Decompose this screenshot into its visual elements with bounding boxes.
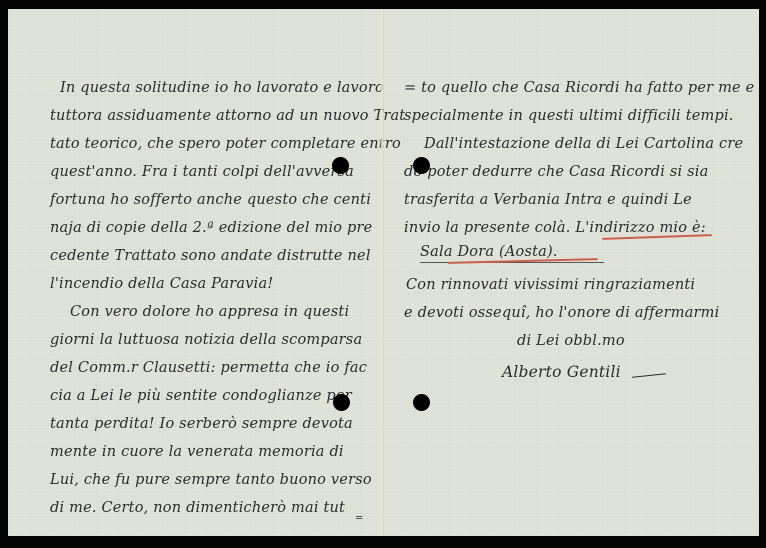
left-line-7: cedente Trattato sono andate distrutte n…: [50, 248, 371, 264]
right-line-1: = to quello che Casa Ricordi ha fatto pe…: [404, 80, 754, 96]
left-continuation-mark: =: [355, 513, 364, 524]
left-line-10: giorni la luttuosa notizia della scompar…: [50, 332, 362, 348]
left-line-12: cia a Lei le più sentite condoglianze pe…: [50, 388, 352, 404]
left-line-13: tanta perdita! Io serberò sempre devota: [50, 416, 353, 432]
right-line-2: specialmente in questi ultimi difficili …: [404, 108, 734, 124]
punch-hole-bottom-right: [413, 394, 430, 411]
left-line-14: mente in cuore la venerata memoria di: [50, 444, 344, 460]
left-line-16: di me. Certo, non dimenticherò mai tut: [50, 500, 345, 516]
left-page: In questa solitudine io ho lavorato e la…: [8, 9, 380, 536]
punch-hole-top-left: [332, 157, 349, 174]
address-line: Sala Dora (Aosta).: [420, 244, 558, 260]
left-line-5: fortuna ho sofferto anche questo che cen…: [50, 192, 371, 208]
punch-hole-top-right: [413, 157, 430, 174]
left-line-6: naja di copie della 2.ª edizione del mio…: [50, 220, 372, 236]
left-line-8: l'incendio della Casa Paravia!: [50, 276, 273, 292]
right-line-3: Dall'intestazione della di Lei Cartolina…: [424, 136, 743, 152]
left-line-11: del Comm.r Clausetti: permetta che io fa…: [50, 360, 367, 376]
left-line-15: Lui, che fu pure sempre tanto buono vers…: [50, 472, 372, 488]
letter-paper: In questa solitudine io ho lavorato e la…: [8, 9, 759, 536]
right-line-8: Con rinnovati vivissimi ringraziamenti: [406, 277, 695, 293]
punch-hole-bottom-left: [333, 394, 350, 411]
right-line-4: do poter dedurre che Casa Ricordi si sia: [404, 164, 708, 180]
left-line-3: tato teorico, che spero poter completare…: [50, 136, 401, 152]
right-line-6: invio la presente colà. L'indirizzo mio …: [404, 220, 706, 236]
left-line-4: quest'anno. Fra i tanti colpi dell'avver…: [50, 164, 354, 180]
left-line-9: Con vero dolore ho appresa in questi: [70, 304, 349, 320]
signature: Alberto Gentili: [502, 363, 621, 381]
right-line-5: trasferita a Verbania Intra e quindi Le: [404, 192, 692, 208]
closing-line: di Lei obbl.mo: [517, 333, 625, 349]
left-line-1: In questa solitudine io ho lavorato e la…: [60, 80, 384, 96]
right-line-9: e devoti ossequî, ho l'onore di affermar…: [404, 305, 719, 321]
left-line-2: tuttora assiduamente attorno ad un nuovo…: [50, 108, 405, 124]
right-page: = to quello che Casa Ricordi ha fatto pe…: [384, 9, 759, 536]
signature-flourish: [632, 373, 666, 378]
